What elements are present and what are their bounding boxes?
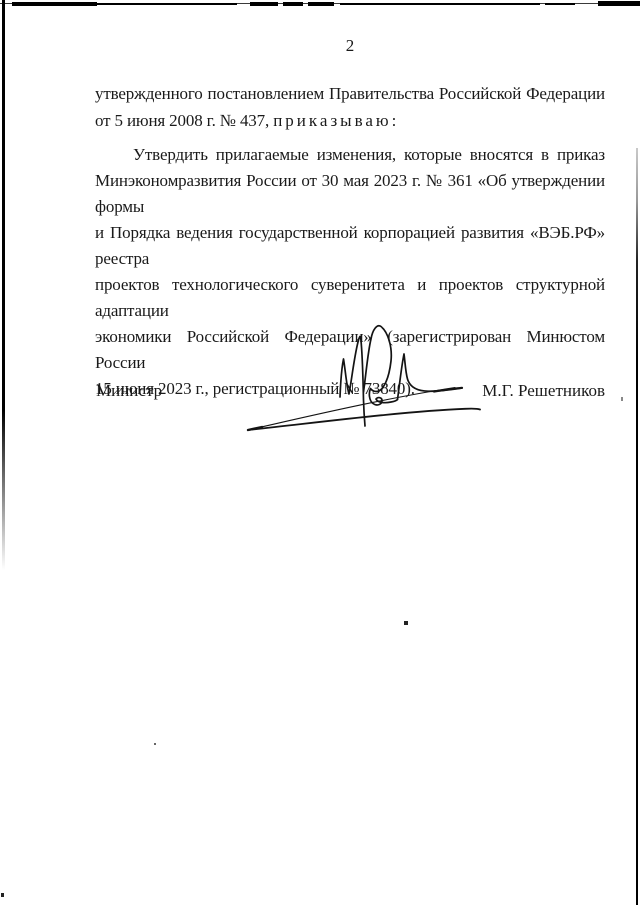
scan-speck bbox=[621, 397, 623, 401]
text-line: утвержденного постановлением Правительст… bbox=[95, 80, 605, 107]
decree-keyword: приказываю: bbox=[273, 111, 399, 130]
minister-signature handwritten-signature-image bbox=[240, 320, 490, 435]
page-number: 2 bbox=[95, 36, 605, 56]
text-line: от 5 июня 2008 г. № 437, приказываю: bbox=[95, 107, 605, 134]
text-line-prefix: от 5 июня 2008 г. № 437, bbox=[95, 111, 273, 130]
document-page: 2 утвержденного постановлением Правитель… bbox=[0, 0, 640, 905]
signature-stroke bbox=[398, 354, 463, 400]
scan-edge-left bbox=[2, 0, 5, 570]
scan-edge-top-segment bbox=[598, 1, 640, 6]
text-line: и Порядка ведения государственной корпор… bbox=[95, 220, 605, 272]
minister-name: М.Г. Решетников bbox=[482, 381, 605, 401]
scan-edge-top-segment bbox=[97, 3, 237, 5]
scan-edge-right bbox=[636, 148, 638, 905]
minister-title: Министр bbox=[96, 381, 162, 401]
scan-speck bbox=[154, 743, 156, 745]
scan-edge-top-segment bbox=[250, 2, 278, 6]
scan-edge-top-segment bbox=[545, 3, 575, 5]
scan-edge-top-segment bbox=[340, 3, 540, 5]
scan-speck bbox=[1, 893, 4, 897]
signature-underline bbox=[248, 388, 455, 431]
text-line: Минэкономразвития России от 30 мая 2023 … bbox=[95, 168, 605, 220]
signature-stroke bbox=[340, 336, 365, 426]
signature-stroke bbox=[364, 326, 398, 405]
scan-speck bbox=[404, 621, 408, 625]
scan-edge-top-segment bbox=[12, 2, 97, 6]
scan-edge-top-segment bbox=[308, 2, 334, 6]
scan-edge-top-segment bbox=[283, 2, 303, 6]
text-line: проектов технологического суверенитета и… bbox=[95, 272, 605, 324]
text-line: Утвердить прилагаемые изменения, которые… bbox=[95, 142, 605, 168]
paragraph-continuation: утвержденного постановлением Правительст… bbox=[95, 80, 605, 134]
